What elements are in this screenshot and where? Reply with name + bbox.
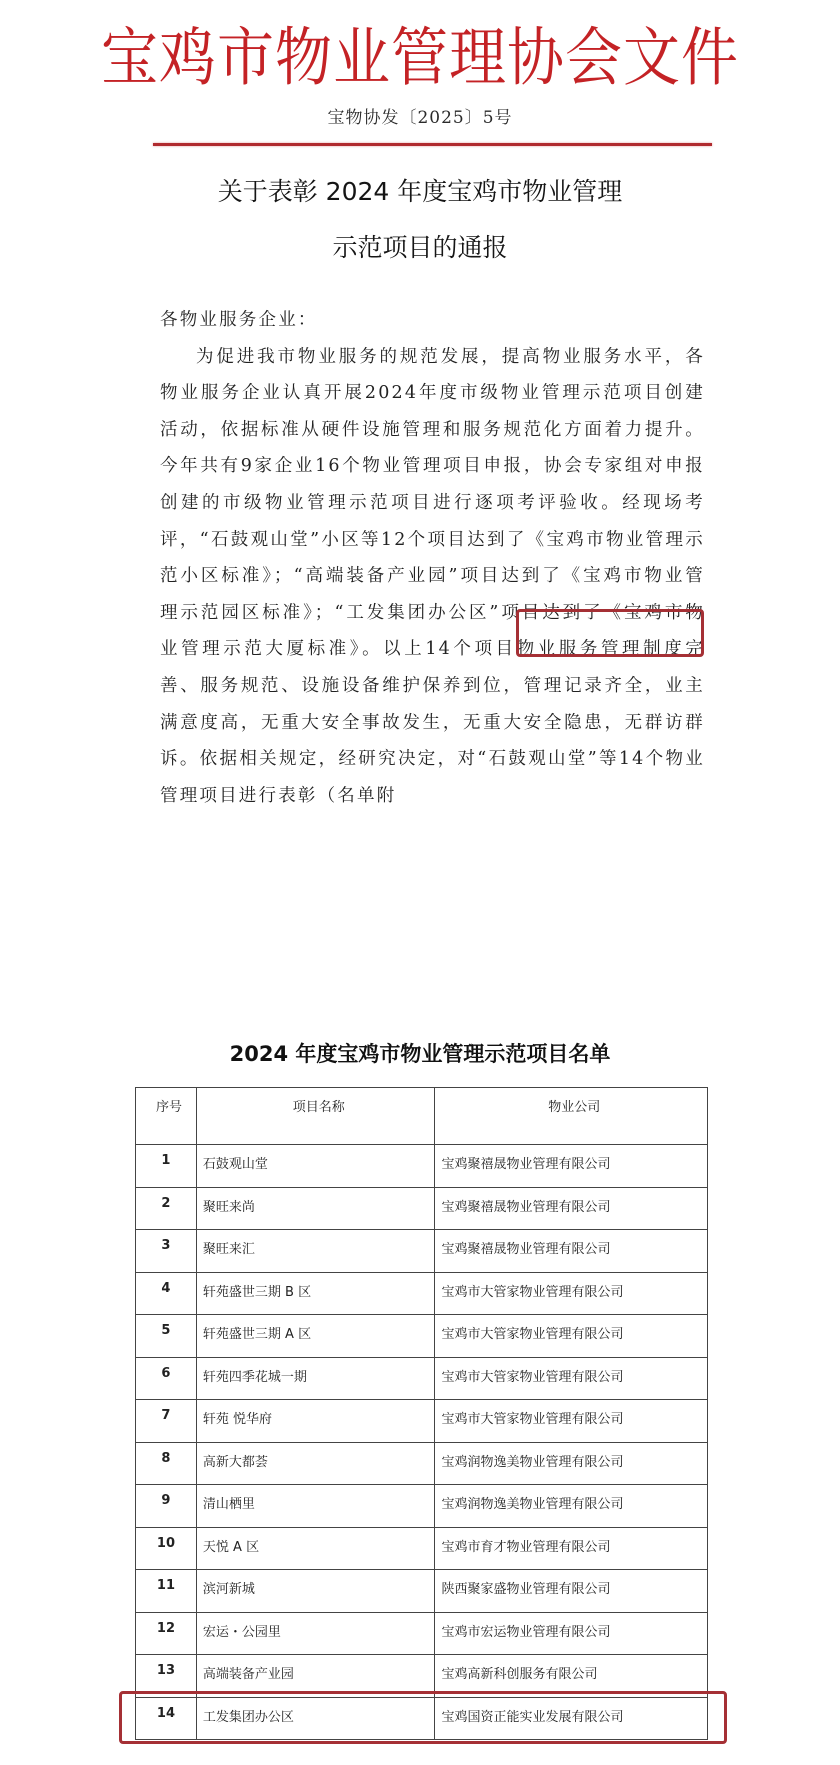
project-name: 滨河新城 — [196, 1570, 435, 1613]
body-paragraph: 为促进我市物业服务的规范发展，提高物业服务水平，各物业服务企业认真开展2024年… — [160, 339, 705, 815]
company-name: 宝鸡润物逸美物业管理有限公司 — [435, 1442, 708, 1485]
row-number: 9 — [136, 1485, 197, 1528]
table-row: 1石鼓观山堂宝鸡聚禧晟物业管理有限公司 — [136, 1145, 708, 1188]
masthead-divider — [153, 143, 712, 146]
body-text-before: 为促进我市物业服务的规范发展，提高物业服务水平，各物业服务企业认真开展2024年… — [160, 347, 705, 623]
row-number: 5 — [136, 1315, 197, 1358]
company-name: 宝鸡市大管家物业管理有限公司 — [435, 1357, 708, 1400]
highlighted-project-name: “工发集团办公区” — [334, 603, 500, 623]
row-number: 12 — [136, 1612, 197, 1655]
table-header-row: 序号 项目名称 物业公司 — [136, 1088, 708, 1145]
highlight-box-text — [516, 609, 704, 657]
notice-body: 各物业服务企业： 为促进我市物业服务的规范发展，提高物业服务水平，各物业服务企业… — [160, 302, 705, 814]
company-name: 宝鸡聚禧晟物业管理有限公司 — [435, 1187, 708, 1230]
table-row: 2聚旺来尚宝鸡聚禧晟物业管理有限公司 — [136, 1187, 708, 1230]
project-name: 宏运・公园里 — [196, 1612, 435, 1655]
column-header-number: 序号 — [136, 1088, 197, 1145]
table-row: 3聚旺来汇宝鸡聚禧晟物业管理有限公司 — [136, 1230, 708, 1273]
table-row: 4轩苑盛世三期 B 区宝鸡市大管家物业管理有限公司 — [136, 1272, 708, 1315]
table-row: 5轩苑盛世三期 A 区宝鸡市大管家物业管理有限公司 — [136, 1315, 708, 1358]
salutation: 各物业服务企业： — [160, 302, 705, 339]
row-number: 8 — [136, 1442, 197, 1485]
row-number: 10 — [136, 1527, 197, 1570]
roster-table: 序号 项目名称 物业公司 1石鼓观山堂宝鸡聚禧晟物业管理有限公司2聚旺来尚宝鸡聚… — [135, 1087, 708, 1740]
row-number: 7 — [136, 1400, 197, 1443]
table-row: 11滨河新城陕西聚家盛物业管理有限公司 — [136, 1570, 708, 1613]
table-row: 7轩苑 悦华府宝鸡市大管家物业管理有限公司 — [136, 1400, 708, 1443]
row-number: 2 — [136, 1187, 197, 1230]
row-number: 6 — [136, 1357, 197, 1400]
company-name: 宝鸡市育才物业管理有限公司 — [435, 1527, 708, 1570]
row-number: 4 — [136, 1272, 197, 1315]
company-name: 宝鸡聚禧晟物业管理有限公司 — [435, 1145, 708, 1188]
table-row: 9清山栖里宝鸡润物逸美物业管理有限公司 — [136, 1485, 708, 1528]
project-name: 轩苑 悦华府 — [196, 1400, 435, 1443]
project-name: 轩苑盛世三期 A 区 — [196, 1315, 435, 1358]
row-number: 1 — [136, 1145, 197, 1188]
project-name: 天悦 A 区 — [196, 1527, 435, 1570]
roster-title: 2024 年度宝鸡市物业管理示范项目名单 — [0, 1038, 840, 1068]
notice-title-line1: 关于表彰 2024 年度宝鸡市物业管理 — [0, 172, 840, 208]
highlight-box-row-14 — [119, 1691, 727, 1744]
company-name: 宝鸡市大管家物业管理有限公司 — [435, 1315, 708, 1358]
table-row: 10天悦 A 区宝鸡市育才物业管理有限公司 — [136, 1527, 708, 1570]
masthead-title: 宝鸡市物业管理协会文件 — [0, 13, 840, 103]
company-name: 宝鸡润物逸美物业管理有限公司 — [435, 1485, 708, 1528]
company-name: 宝鸡市宏运物业管理有限公司 — [435, 1612, 708, 1655]
project-name: 清山栖里 — [196, 1485, 435, 1528]
row-number: 3 — [136, 1230, 197, 1273]
notice-title-line2: 示范项目的通报 — [0, 228, 840, 264]
project-name: 轩苑盛世三期 B 区 — [196, 1272, 435, 1315]
project-name: 高新大都荟 — [196, 1442, 435, 1485]
company-name: 宝鸡聚禧晟物业管理有限公司 — [435, 1230, 708, 1273]
project-name: 聚旺来汇 — [196, 1230, 435, 1273]
project-name: 石鼓观山堂 — [196, 1145, 435, 1188]
company-name: 宝鸡市大管家物业管理有限公司 — [435, 1272, 708, 1315]
table-row: 8高新大都荟宝鸡润物逸美物业管理有限公司 — [136, 1442, 708, 1485]
column-header-project: 项目名称 — [196, 1088, 435, 1145]
project-name: 轩苑四季花城一期 — [196, 1357, 435, 1400]
company-name: 宝鸡市大管家物业管理有限公司 — [435, 1400, 708, 1443]
column-header-company: 物业公司 — [435, 1088, 708, 1145]
company-name: 陕西聚家盛物业管理有限公司 — [435, 1570, 708, 1613]
project-name: 聚旺来尚 — [196, 1187, 435, 1230]
table-row: 12宏运・公园里宝鸡市宏运物业管理有限公司 — [136, 1612, 708, 1655]
table-row: 6轩苑四季花城一期宝鸡市大管家物业管理有限公司 — [136, 1357, 708, 1400]
document-number: 宝物协发〔2025〕5号 — [0, 103, 840, 128]
row-number: 11 — [136, 1570, 197, 1613]
